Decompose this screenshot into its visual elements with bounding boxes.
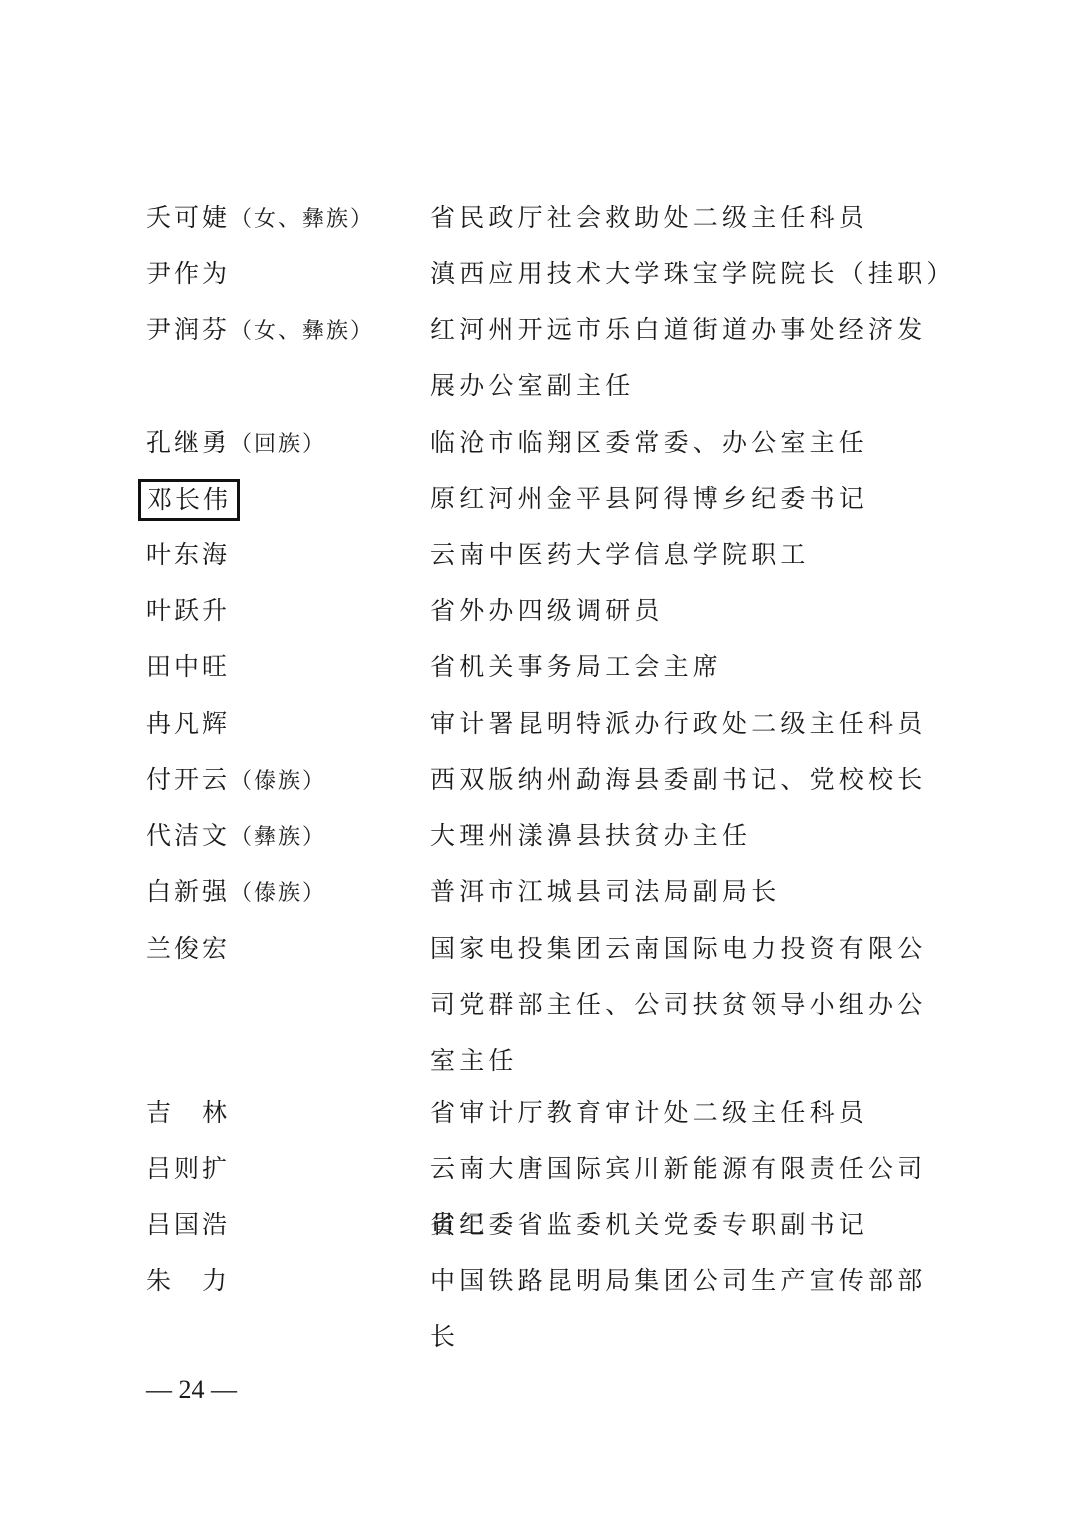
person-name: 田中旺 bbox=[146, 639, 230, 695]
person-name: 孔继勇（回族） bbox=[146, 415, 326, 473]
person-position: 普洱市江城县司法局副局长 bbox=[430, 864, 950, 920]
person-note: （傣族） bbox=[230, 769, 326, 794]
person-position: 滇西应用技术大学珠宝学院院长（挂职） bbox=[430, 246, 950, 302]
person-name: 吕则扩 bbox=[146, 1141, 230, 1197]
person-position: 审计署昆明特派办行政处二级主任科员 bbox=[430, 696, 950, 752]
person-position: 中国铁路昆明局集团公司生产宣传部部长 bbox=[430, 1253, 950, 1365]
person-position: 临沧市临翔区委常委、办公室主任 bbox=[430, 415, 950, 471]
document-page: 夭可婕（女、彝族） 省民政厅社会救助处二级主任科员 尹作为 滇西应用技术大学珠宝… bbox=[0, 0, 1080, 1528]
person-position: 原红河州金平县阿得博乡纪委书记 bbox=[430, 471, 950, 527]
person-name: 尹作为 bbox=[146, 246, 230, 304]
person-note: （彝族） bbox=[230, 825, 326, 850]
person-name: 冉凡辉 bbox=[146, 696, 230, 752]
person-note: （女、彝族） bbox=[230, 319, 374, 344]
person-position: 省审计厅教育审计处二级主任科员 bbox=[430, 1085, 950, 1141]
person-name: 尹润芬（女、彝族） bbox=[146, 302, 374, 360]
person-name: 夭可婕（女、彝族） bbox=[146, 190, 374, 248]
person-position: 云南中医药大学信息学院职工 bbox=[430, 527, 950, 583]
person-name: 付开云（傣族） bbox=[146, 752, 326, 810]
person-position: 省外办四级调研员 bbox=[430, 583, 950, 639]
person-position: 省机关事务局工会主席 bbox=[430, 639, 950, 695]
person-name: 白新强（傣族） bbox=[146, 864, 326, 922]
person-note: （女、彝族） bbox=[230, 207, 374, 232]
person-name: 吕国浩 bbox=[146, 1197, 230, 1253]
person-name: 朱 力 bbox=[146, 1253, 230, 1309]
person-name: 兰俊宏 bbox=[146, 921, 230, 977]
highlighted-person-name: 邓长伟 bbox=[138, 479, 240, 521]
person-name: 吉 林 bbox=[146, 1085, 230, 1141]
person-position: 西双版纳州勐海县委副书记、党校校长 bbox=[430, 752, 950, 808]
person-name: 代洁文（彝族） bbox=[146, 808, 326, 866]
person-note: （回族） bbox=[230, 432, 326, 457]
person-position: 大理州漾濞县扶贫办主任 bbox=[430, 808, 950, 864]
person-position: 省纪委省监委机关党委专职副书记 bbox=[430, 1197, 950, 1253]
person-position: 省民政厅社会救助处二级主任科员 bbox=[430, 190, 950, 246]
person-name: 叶东海 bbox=[146, 527, 230, 583]
person-position: 国家电投集团云南国际电力投资有限公司党群部主任、公司扶贫领导小组办公室主任 bbox=[430, 921, 950, 1089]
person-note: （傣族） bbox=[230, 881, 326, 906]
page-number: — 24 — bbox=[146, 1372, 237, 1408]
person-name: 叶跃升 bbox=[146, 583, 230, 639]
person-position: 红河州开远市乐白道街道办事处经济发展办公室副主任 bbox=[430, 302, 950, 414]
